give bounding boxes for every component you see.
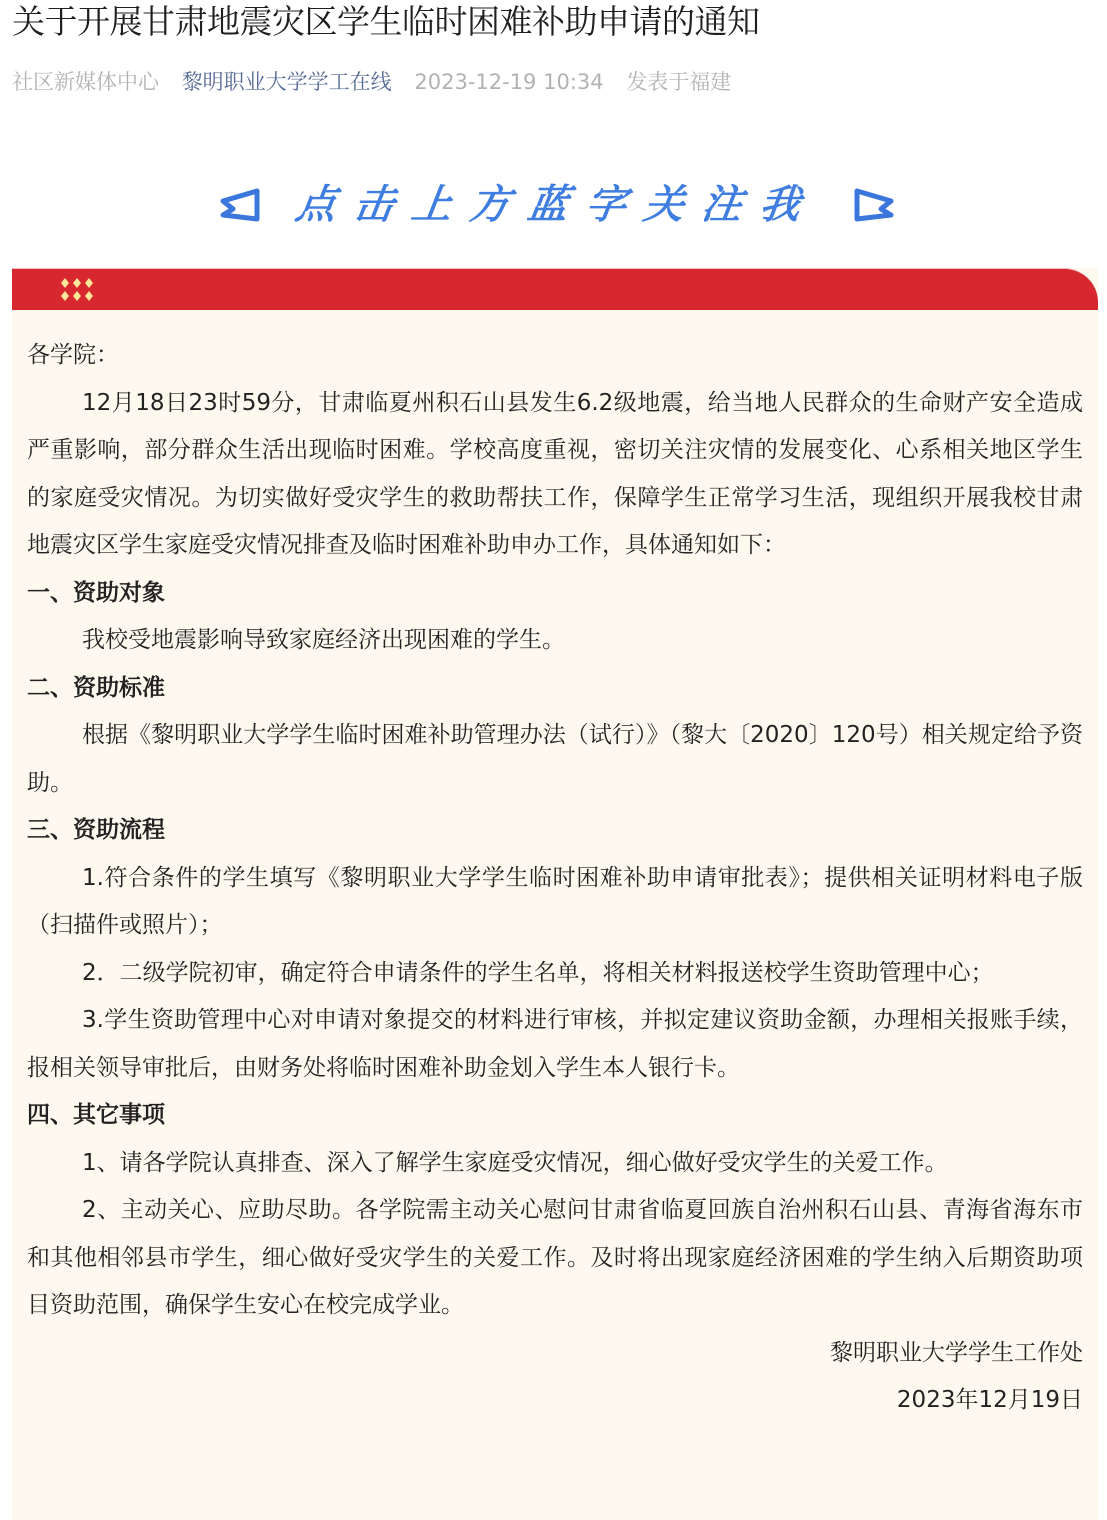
section-paragraph: 1.符合条件的学生填写《黎明职业大学学生临时困难补助申请审批表》；提供相关证明材… bbox=[27, 855, 1083, 950]
signature-date: 2023年12月19日 bbox=[27, 1377, 1083, 1425]
section-paragraph: 1、请各学院认真排查、深入了解学生家庭受灾情况，细心做好受灾学生的关爱工作。 bbox=[27, 1140, 1083, 1188]
meta-account-link[interactable]: 黎明职业大学学工在线 bbox=[182, 70, 392, 94]
flag-left-icon bbox=[217, 185, 263, 225]
flag-right-icon bbox=[851, 185, 897, 225]
signature: 黎明职业大学学生工作处 bbox=[27, 1330, 1083, 1378]
article-meta: 社区新媒体中心 黎明职业大学学工在线 2023-12-19 10:34 发表于福… bbox=[12, 66, 747, 98]
follow-banner: 点击上方蓝字关注我 bbox=[217, 180, 897, 230]
notice-card: 各学院： 12月18日23时59分，甘肃临夏州积石山县发生6.2级地震，给当地人… bbox=[12, 268, 1098, 1520]
follow-banner-text: 点击上方蓝字关注我 bbox=[292, 180, 821, 230]
diamond-dots-icon bbox=[59, 278, 95, 302]
intro-paragraph: 12月18日23时59分，甘肃临夏州积石山县发生6.2级地震，给当地人民群众的生… bbox=[27, 380, 1083, 570]
meta-source: 社区新媒体中心 bbox=[12, 70, 159, 94]
section-paragraph: 我校受地震影响导致家庭经济出现困难的学生。 bbox=[27, 617, 1083, 665]
notice-body: 各学院： 12月18日23时59分，甘肃临夏州积石山县发生6.2级地震，给当地人… bbox=[27, 332, 1083, 1425]
section-heading: 一、资助对象 bbox=[27, 570, 1083, 618]
section-heading: 三、资助流程 bbox=[27, 807, 1083, 855]
section-heading: 二、资助标准 bbox=[27, 665, 1083, 713]
section-paragraph: 2、主动关心、应助尽助。各学院需主动关心慰问甘肃省临夏回族自治州积石山县、青海省… bbox=[27, 1187, 1083, 1330]
meta-datetime: 2023-12-19 10:34 bbox=[414, 70, 603, 94]
section-paragraph: 3.学生资助管理中心对申请对象提交的材料进行审核，并拟定建议资助金额，办理相关报… bbox=[27, 997, 1083, 1092]
section-paragraph: 根据《黎明职业大学学生临时困难补助管理办法（试行）》（黎大〔2020〕120号）… bbox=[27, 712, 1083, 807]
card-header-bar bbox=[12, 268, 1098, 310]
section-paragraph: 2．二级学院初审，确定符合申请条件的学生名单，将相关材料报送校学生资助管理中心； bbox=[27, 950, 1083, 998]
salutation: 各学院： bbox=[27, 332, 1083, 380]
meta-location: 发表于福建 bbox=[626, 70, 731, 94]
section-heading: 四、其它事项 bbox=[27, 1092, 1083, 1140]
article-title: 关于开展甘肃地震灾区学生临时困难补助申请的通知 bbox=[12, 0, 760, 44]
